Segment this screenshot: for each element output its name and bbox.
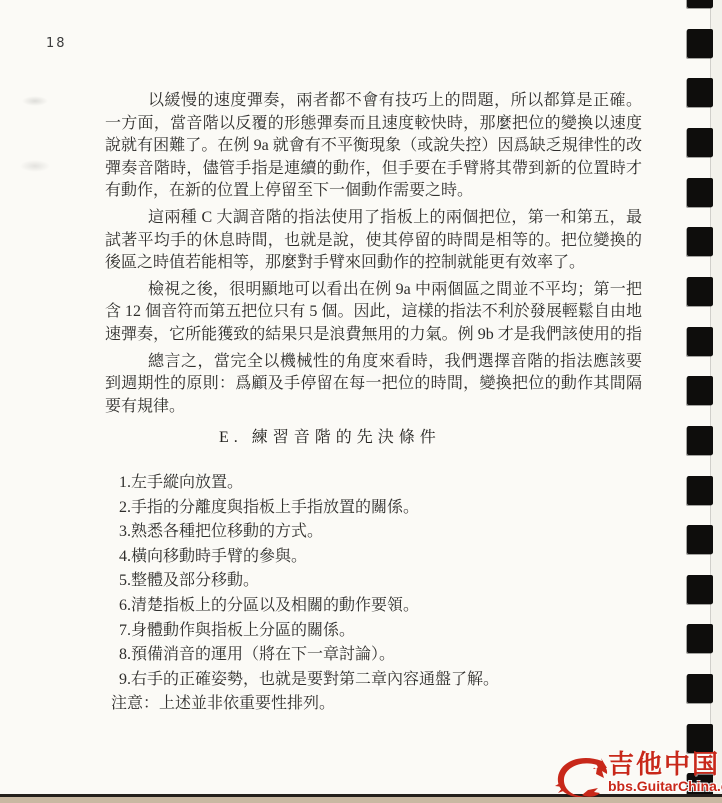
paragraph-4: 總言之，當完全以機械性的角度來看時，我們選擇音階的指法應該要考慮 到週期性的原則… <box>105 351 642 419</box>
text-line: 說就有困難了。在例 9a 就會有不平衡現象（或說失控）因爲缺乏規律性的改變。 <box>105 135 642 158</box>
binding-hole <box>687 426 713 455</box>
text-line: 試著平均手的休息時間，也就是說，使其停留的時間是相等的。把位變換的前 <box>105 230 642 253</box>
page-number: 18 <box>46 36 67 51</box>
list-item: 4.橫向移動時手臂的參與。 <box>119 545 639 570</box>
binding-hole <box>687 476 713 505</box>
watermark-site-name: 吉他中国 <box>608 750 722 778</box>
list-item: 3.熟悉各種把位移動的方式。 <box>119 520 639 545</box>
text-line: 檢視之後，很明顯地可以看出在例 9a 中兩個區之間並不平均；第一把位包 <box>105 279 642 302</box>
scan-smudge <box>20 160 50 172</box>
list-item: 2.手指的分離度與指板上手指放置的關係。 <box>119 496 639 521</box>
text-line: 到週期性的原則：爲顧及手停留在每一把位的時間，變換把位的動作其間隔應 <box>105 373 642 396</box>
paragraph-3: 檢視之後，很明顯地可以看出在例 9a 中兩個區之間並不平均；第一把位包 含 12… <box>105 279 642 347</box>
text-line: 要有規律。 <box>105 396 642 419</box>
text-line: 以緩慢的速度彈奏，兩者都不會有技巧上的問題，所以都算是正確。但另 <box>105 90 642 113</box>
scanned-book-page: 18 以緩慢的速度彈奏，兩者都不會有技巧上的問題，所以都算是正確。但另 一方面，… <box>0 0 722 803</box>
binding-hole <box>687 78 713 107</box>
body-text: 以緩慢的速度彈奏，兩者都不會有技巧上的問題，所以都算是正確。但另 一方面，當音階… <box>105 90 642 422</box>
text-line: 含 12 個音符而第五把位只有 5 個。因此，這樣的指法不利於發展輕鬆自由地快 <box>105 301 642 324</box>
text-line: 後區之時值若能相等，那麼對手臂來回動作的控制就能更有效率了。 <box>105 252 642 275</box>
text-line: 速彈奏，它所能獲致的結果只是浪費無用的力氣。例 9b 才是我們該使用的指法。 <box>105 324 642 347</box>
paragraph-1: 以緩慢的速度彈奏，兩者都不會有技巧上的問題，所以都算是正確。但另 一方面，當音階… <box>105 90 642 203</box>
binding-hole <box>687 277 713 306</box>
text-line: 彈奏音階時，儘管手指是連續的動作，但手要在手臂將其帶到新的位置時才能 <box>105 158 642 181</box>
scan-smudge <box>22 96 48 106</box>
binding-hole <box>687 327 713 356</box>
watermark-site-url: bbs.GuitarChina.com <box>608 779 722 794</box>
text-line: 有動作，在新的位置上停留至下一個動作需要之時。 <box>105 180 642 203</box>
list-item: 8.預備消音的運用（將在下一章討論）。 <box>119 643 639 668</box>
binding-hole <box>687 525 713 554</box>
binding-hole <box>687 29 713 58</box>
binding-hole <box>687 674 713 703</box>
list-item: 7.身體動作與指板上分區的關係。 <box>119 619 639 644</box>
binding-hole <box>687 128 713 157</box>
list-item: 1.左手縱向放置。 <box>119 471 639 496</box>
binding-hole <box>687 227 713 256</box>
guitarchina-watermark: 吉他中国 bbs.GuitarChina.com <box>552 750 718 802</box>
dragon-logo-icon <box>552 752 614 802</box>
text-line: 一方面，當音階以反覆的形態彈奏而且速度較快時，那麼把位的變換以速度來 <box>105 113 642 136</box>
watermark-text: 吉他中国 bbs.GuitarChina.com <box>608 750 722 794</box>
text-line: 這兩種 C 大調音階的指法使用了指板上的兩個把位，第一和第五，最好能 <box>105 207 642 230</box>
list-item: 5.整體及部分移動。 <box>119 569 639 594</box>
binding-hole <box>687 0 713 8</box>
binding-hole <box>687 376 713 405</box>
binding-hole <box>687 178 713 207</box>
list-item: 6.清楚指板上的分區以及相關的動作要領。 <box>119 594 639 619</box>
binding-hole <box>687 575 713 604</box>
list-item: 9.右手的正確姿勢，也就是要對第二章內容通盤了解。 <box>119 668 639 693</box>
binding-hole <box>687 624 713 653</box>
section-heading: E. 練習音階的先決條件 <box>219 424 441 447</box>
note-line: 注意：上述並非依重要性排列。 <box>111 692 639 717</box>
paragraph-2: 這兩種 C 大調音階的指法使用了指板上的兩個把位，第一和第五，最好能 試著平均手… <box>105 207 642 275</box>
prerequisites-list: 1.左手縱向放置。 2.手指的分離度與指板上手指放置的關係。 3.熟悉各種把位移… <box>119 471 639 717</box>
text-line: 總言之，當完全以機械性的角度來看時，我們選擇音階的指法應該要考慮 <box>105 351 642 374</box>
